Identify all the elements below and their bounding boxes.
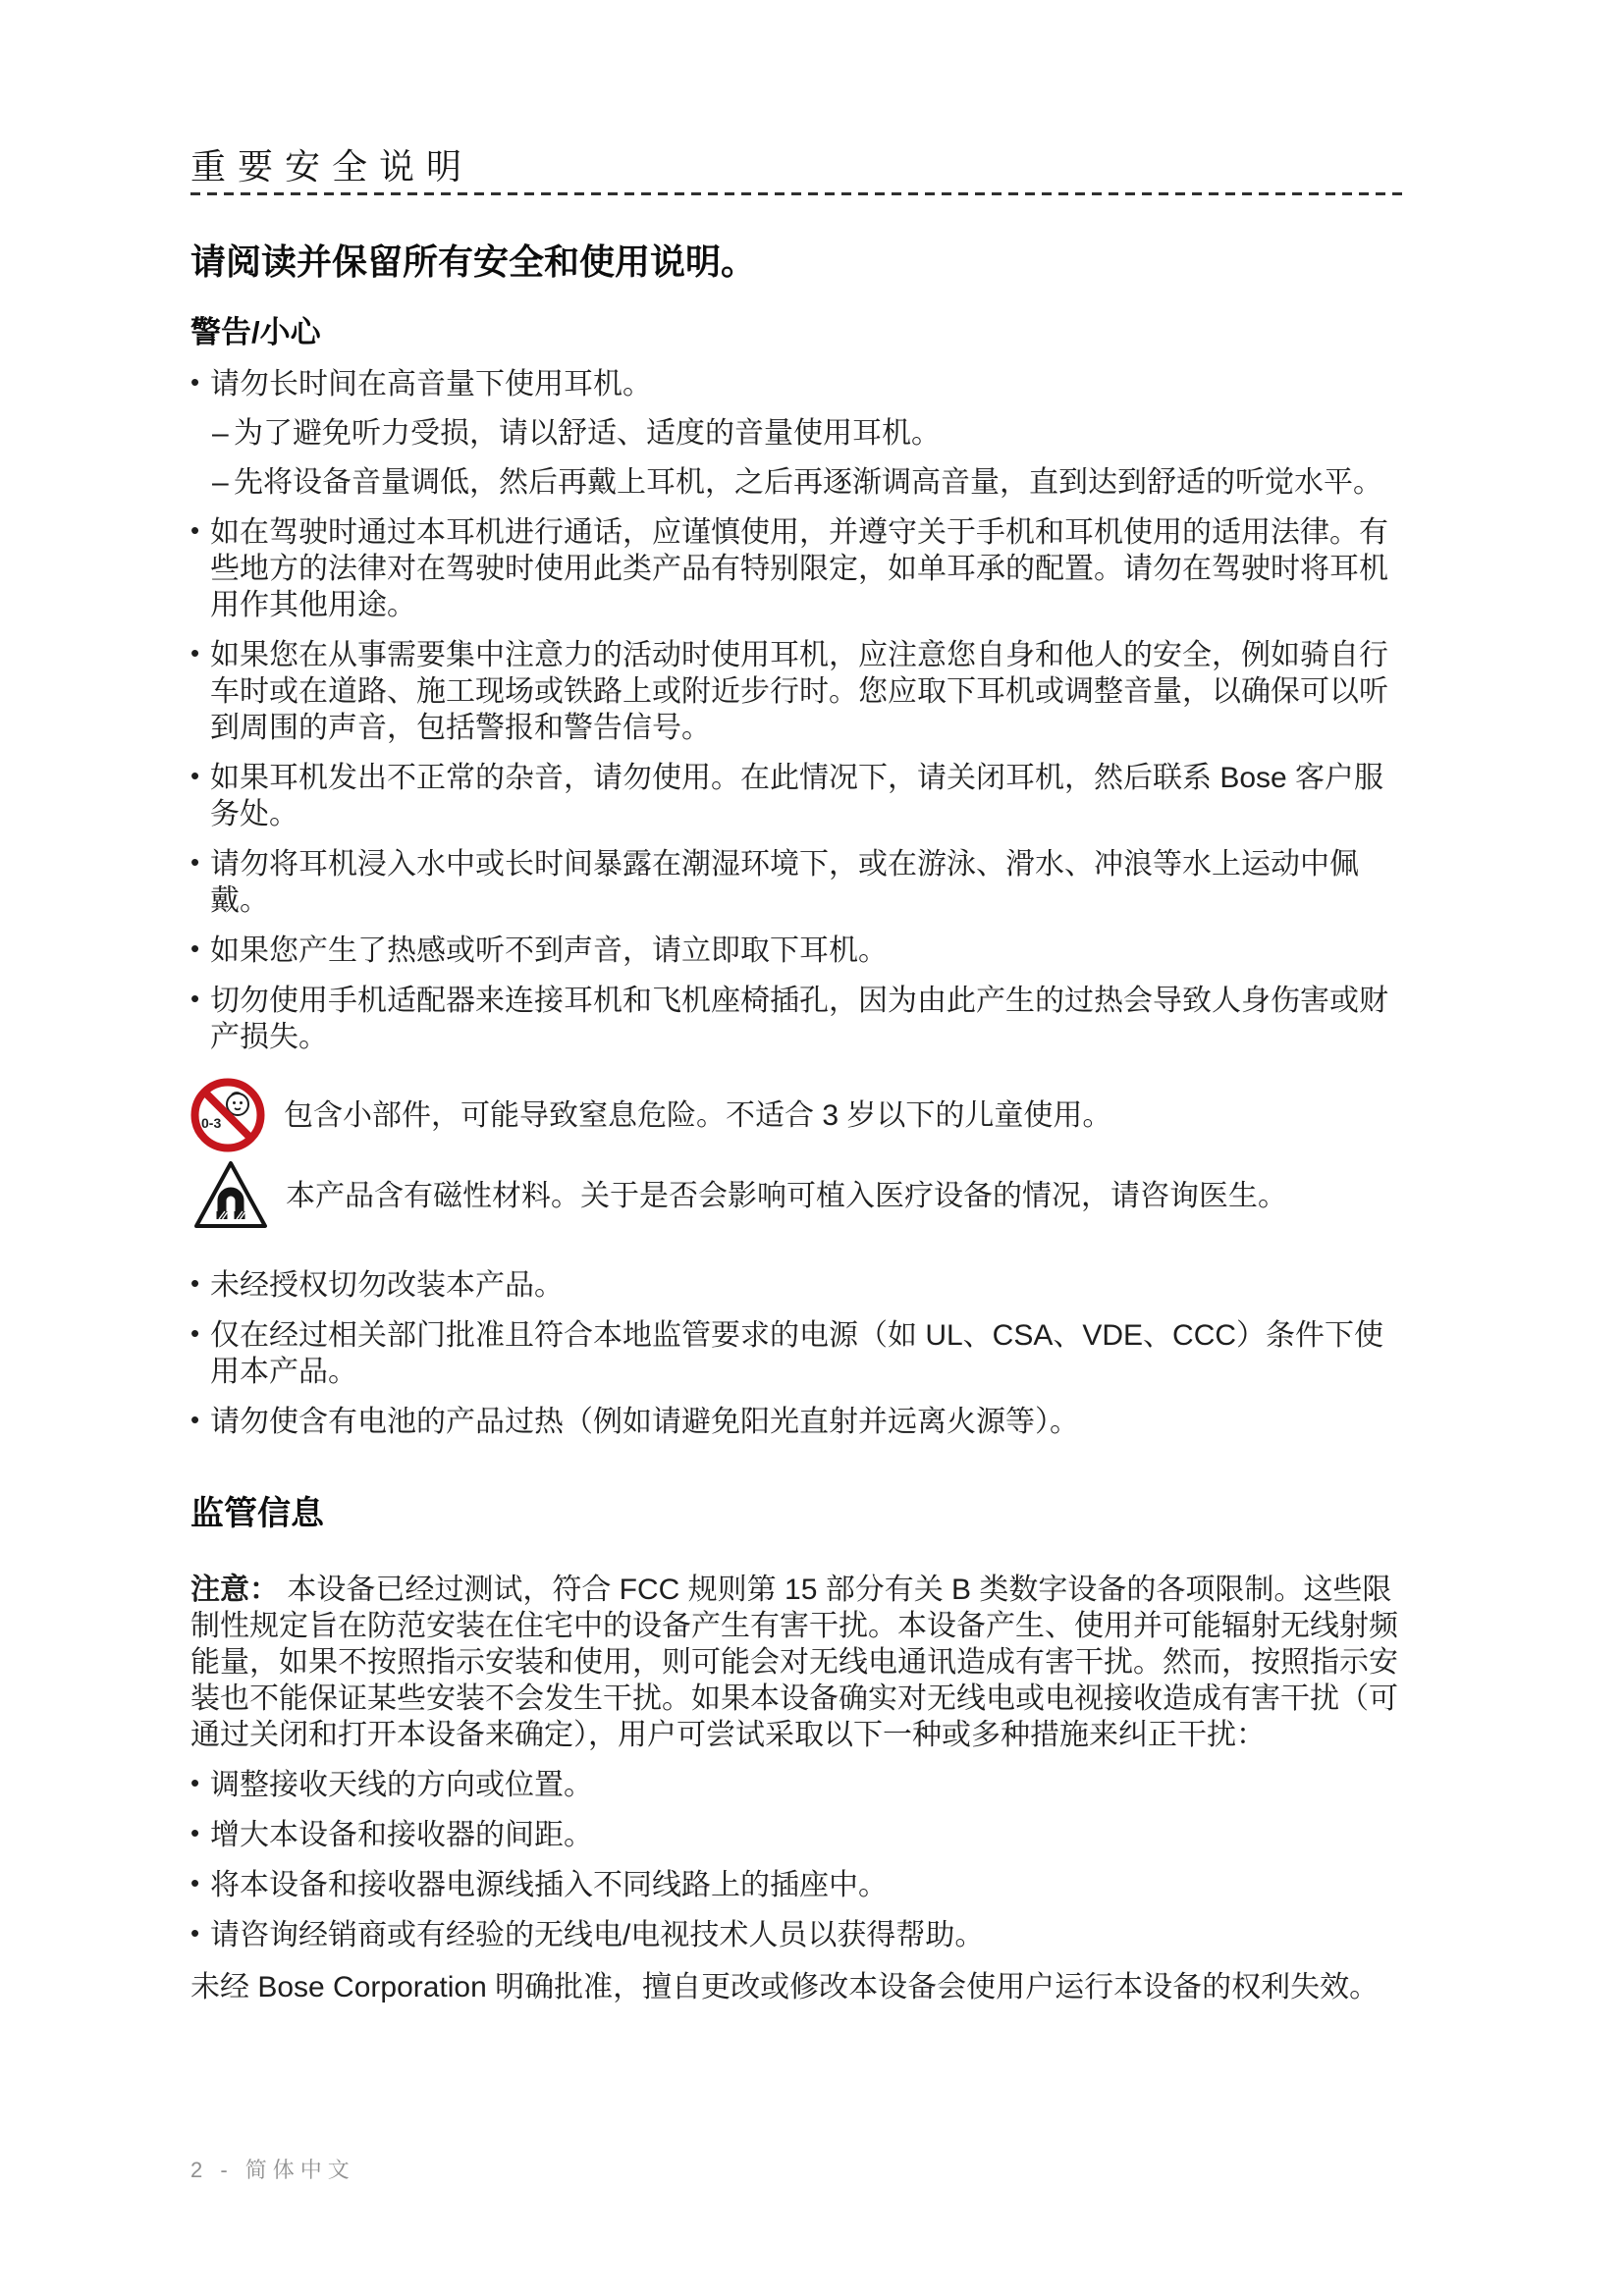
measure-item: 请咨询经销商或有经验的无线电/电视技术人员以获得帮助。 bbox=[190, 1917, 1406, 1953]
measure-item: 调整接收天线的方向或位置。 bbox=[190, 1767, 1406, 1803]
choking-hazard-text: 包含小部件，可能导致窒息危险。不适合 3 岁以下的儿童使用。 bbox=[284, 1097, 1111, 1134]
magnet-warning-text: 本产品含有磁性材料。关于是否会影响可植入医疗设备的情况，请咨询医生。 bbox=[286, 1178, 1287, 1214]
magnet-warning-notice: 本产品含有磁性材料。关于是否会影响可植入医疗设备的情况，请咨询医生。 bbox=[190, 1157, 1406, 1234]
page-number-footer: 2 - 简体中文 bbox=[190, 2154, 355, 2184]
read-and-keep-heading: 请阅读并保留所有安全和使用说明。 bbox=[190, 240, 1406, 284]
magnet-warning-icon bbox=[190, 1157, 271, 1234]
warnings-heading: 警告/小心 bbox=[190, 313, 1406, 352]
choking-hazard-icon-box: 0-3 bbox=[190, 1078, 269, 1152]
choking-hazard-icon: 0-3 bbox=[190, 1078, 265, 1152]
warning-item: 请勿使含有电池的产品过热（例如请避免阳光直射并远离火源等）。 bbox=[190, 1404, 1406, 1440]
warnings-list: 请勿长时间在高音量下使用耳机。 为了避免听力受损，请以舒适、适度的音量使用耳机。… bbox=[190, 366, 1406, 1055]
magnet-warning-icon-box bbox=[190, 1157, 271, 1234]
warning-item: 切勿使用手机适配器来连接耳机和飞机座椅插孔，因为由此产生的过热会导致人身伤害或财… bbox=[190, 983, 1406, 1055]
modification-note: 未经 Bose Corporation 明确批准，擅自更改或修改本设备会使用户运… bbox=[190, 1969, 1406, 2005]
page-content: 重要安全说明 请阅读并保留所有安全和使用说明。 警告/小心 请勿长时间在高音量下… bbox=[190, 0, 1406, 2035]
notice-label: 注意： bbox=[190, 1574, 279, 1606]
warning-item: 如果耳机发出不正常的杂音，请勿使用。在此情况下，请关闭耳机，然后联系 Bose … bbox=[190, 760, 1406, 832]
fcc-notice-paragraph: 注意： 本设备已经过测试，符合 FCC 规则第 15 部分有关 B 类数字设备的… bbox=[190, 1572, 1406, 1753]
dashed-divider bbox=[190, 192, 1406, 195]
measure-item: 将本设备和接收器电源线插入不同线路上的插座中。 bbox=[190, 1867, 1406, 1903]
choking-hazard-notice: 0-3 包含小部件，可能导致窒息危险。不适合 3 岁以下的儿童使用。 bbox=[190, 1077, 1406, 1153]
warning-item: 未经授权切勿改装本产品。 bbox=[190, 1267, 1406, 1304]
warning-item: 仅在经过相关部门批准且符合本地监管要求的电源（如 UL、CSA、VDE、CCC）… bbox=[190, 1317, 1406, 1390]
warning-subitem: 先将设备音量调低，然后再戴上耳机，之后再逐渐调高音量，直到达到舒适的听觉水平。 bbox=[190, 464, 1406, 501]
warning-item: 请勿将耳机浸入水中或长时间暴露在潮湿环境下，或在游泳、滑水、冲浪等水上运动中佩戴… bbox=[190, 846, 1406, 919]
warning-item-text: 请勿长时间在高音量下使用耳机。 bbox=[210, 368, 652, 400]
choking-age-label: 0-3 bbox=[201, 1115, 221, 1131]
warning-item: 如果您产生了热感或听不到声音，请立即取下耳机。 bbox=[190, 933, 1406, 969]
warning-item: 请勿长时间在高音量下使用耳机。 bbox=[190, 366, 1406, 402]
warning-subitem: 为了避免听力受损，请以舒适、适度的音量使用耳机。 bbox=[190, 415, 1406, 452]
additional-warnings-list: 未经授权切勿改装本产品。 仅在经过相关部门批准且符合本地监管要求的电源（如 UL… bbox=[190, 1267, 1406, 1440]
page-title: 重要安全说明 bbox=[190, 145, 1406, 188]
notice-body: 本设备已经过测试，符合 FCC 规则第 15 部分有关 B 类数字设备的各项限制… bbox=[190, 1574, 1398, 1751]
interference-measures-list: 调整接收天线的方向或位置。 增大本设备和接收器的间距。 将本设备和接收器电源线插… bbox=[190, 1767, 1406, 1953]
regulatory-heading: 监管信息 bbox=[190, 1493, 1406, 1534]
manual-page: 重要安全说明 请阅读并保留所有安全和使用说明。 警告/小心 请勿长时间在高音量下… bbox=[0, 0, 1624, 2296]
warning-item: 如在驾驶时通过本耳机进行通话，应谨慎使用，并遵守关于手机和耳机使用的适用法律。有… bbox=[190, 514, 1406, 623]
measure-item: 增大本设备和接收器的间距。 bbox=[190, 1817, 1406, 1853]
warning-item: 如果您在从事需要集中注意力的活动时使用耳机，应注意您自身和他人的安全，例如骑自行… bbox=[190, 637, 1406, 746]
